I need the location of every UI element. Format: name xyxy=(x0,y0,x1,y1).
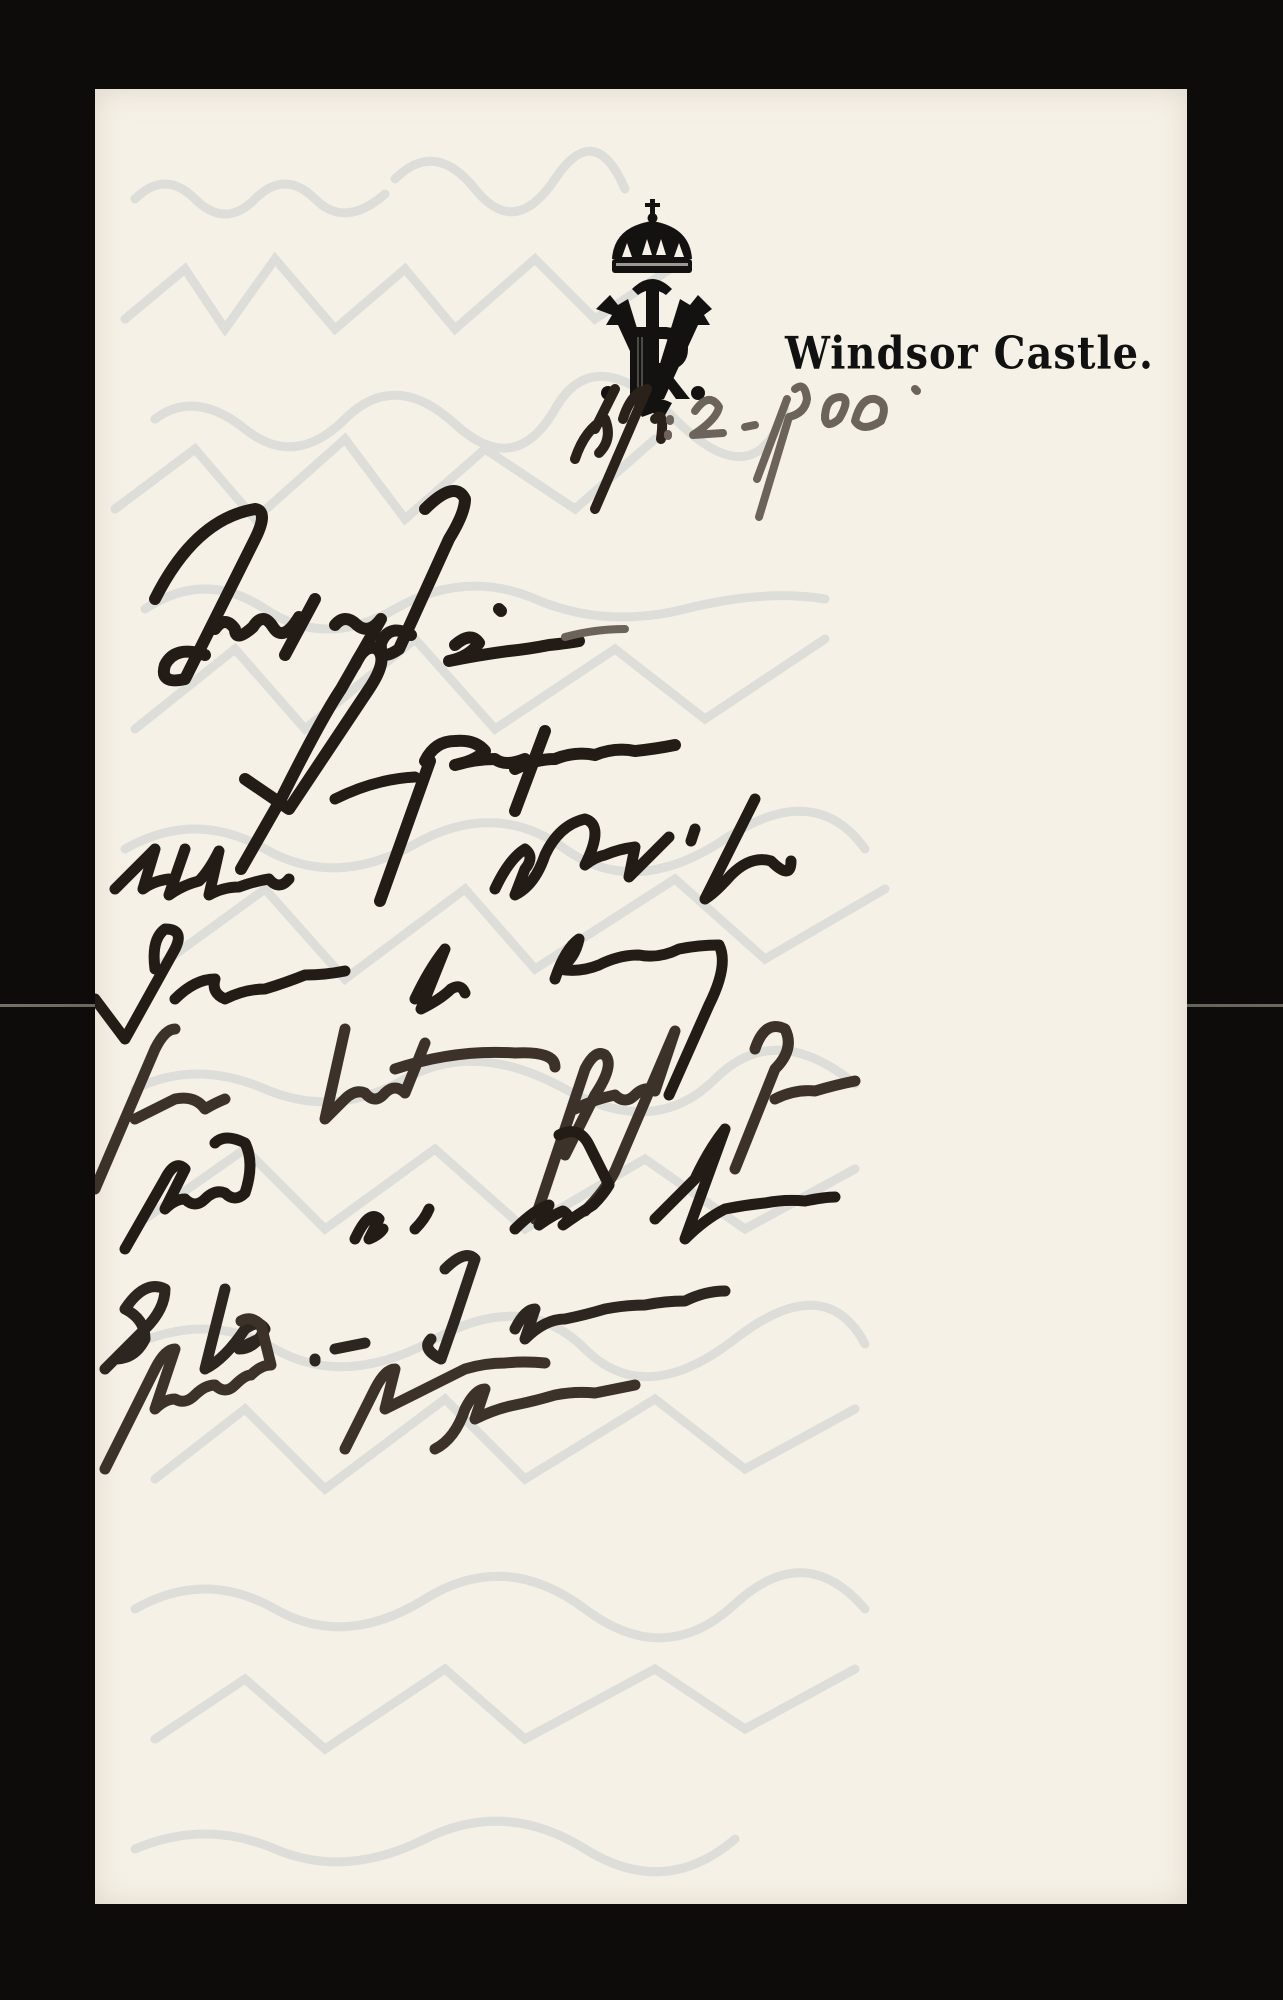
handwriting-ink xyxy=(95,89,1187,1904)
letter-page: Windsor Castle. xyxy=(95,89,1187,1904)
date-line xyxy=(575,389,662,509)
salutation-strokes xyxy=(155,491,625,869)
